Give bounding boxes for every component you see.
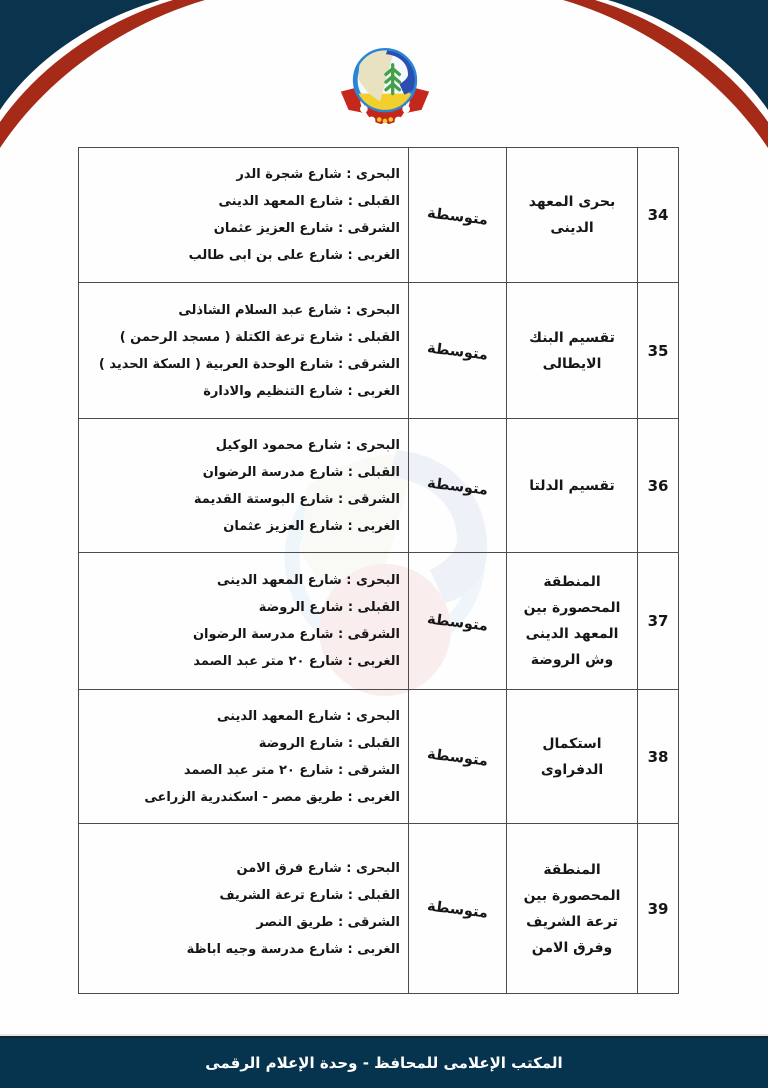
corner-ribbon-right-icon xyxy=(538,0,768,150)
borders-cell: البحرى : شارع المعهد الدينى القبلى : شار… xyxy=(79,690,409,824)
table-row: 36 تقسيم الدلتا متوسطة البحرى : شارع محم… xyxy=(79,419,679,553)
area-name: تقسيم الدلتا xyxy=(507,419,638,553)
borders-cell: البحرى : شارع محمود الوكيل القبلى : شارع… xyxy=(79,419,409,553)
border-west: الغربى : شارع التنظيم والادارة xyxy=(83,378,400,405)
status-label: متوسطة xyxy=(426,340,489,363)
borders-cell: البحرى : شارع المعهد الدينى القبلى : شار… xyxy=(79,553,409,690)
status-cell: متوسطة xyxy=(409,553,507,690)
border-south: القبلى : شارع الروضة xyxy=(83,730,400,757)
area-name: المنطقة المحصورة بين ترعة الشريف وفرق ال… xyxy=(507,824,638,994)
row-number: 34 xyxy=(638,148,679,283)
border-east: الشرقى : شارع مدرسة الرضوان xyxy=(83,621,400,648)
status-cell: متوسطة xyxy=(409,824,507,994)
governorate-emblem-icon xyxy=(328,36,442,132)
border-north: البحرى : شارع شجرة الدر xyxy=(83,161,400,188)
status-label: متوسطة xyxy=(426,611,489,634)
area-name: استكمال الدفراوى xyxy=(507,690,638,824)
border-west: الغربى : شارع ٢٠ متر عبد الصمد xyxy=(83,648,400,675)
border-south: القبلى : شارع ترعة الكتلة ( مسجد الرحمن … xyxy=(83,324,400,351)
border-west: الغربى : طريق مصر - اسكندرية الزراعى xyxy=(83,784,400,811)
border-east: الشرقى : شارع الوحدة العربية ( السكة الح… xyxy=(83,351,400,378)
row-number: 38 xyxy=(638,690,679,824)
table-row: 37 المنطقة المحصورة بين المعهد الدينى وش… xyxy=(79,553,679,690)
border-north: البحرى : شارع محمود الوكيل xyxy=(83,432,400,459)
row-number: 39 xyxy=(638,824,679,994)
border-north: البحرى : شارع المعهد الدينى xyxy=(83,567,400,594)
status-cell: متوسطة xyxy=(409,283,507,419)
area-name: تقسيم البنك الايطالى xyxy=(507,283,638,419)
borders-cell: البحرى : شارع شجرة الدر القبلى : شارع ال… xyxy=(79,148,409,283)
row-number: 35 xyxy=(638,283,679,419)
document-page: 34 بحرى المعهد الدينى متوسطة البحرى : شا… xyxy=(0,0,768,1088)
borders-cell: البحرى : شارع فرق الامن القبلى : شارع تر… xyxy=(79,824,409,994)
table-row: 35 تقسيم البنك الايطالى متوسطة البحرى : … xyxy=(79,283,679,419)
border-west: الغربى : شارع على بن ابى طالب xyxy=(83,242,400,269)
corner-ribbon-left-icon xyxy=(0,0,230,150)
area-name: المنطقة المحصورة بين المعهد الدينى وش ال… xyxy=(507,553,638,690)
status-label: متوسطة xyxy=(426,205,489,228)
border-east: الشرقى : شارع ٢٠ متر عبد الصمد xyxy=(83,757,400,784)
borders-cell: البحرى : شارع عبد السلام الشاذلى القبلى … xyxy=(79,283,409,419)
border-south: القبلى : شارع الروضة xyxy=(83,594,400,621)
border-east: الشرقى : شارع البوستة القديمة xyxy=(83,486,400,513)
status-label: متوسطة xyxy=(426,898,489,921)
border-north: البحرى : شارع المعهد الدينى xyxy=(83,703,400,730)
row-number: 36 xyxy=(638,419,679,553)
border-south: القبلى : شارع ترعة الشريف xyxy=(83,882,400,909)
status-cell: متوسطة xyxy=(409,690,507,824)
border-west: الغربى : شارع مدرسة وجيه اباظة xyxy=(83,936,400,963)
border-south: القبلى : شارع مدرسة الرضوان xyxy=(83,459,400,486)
border-south: القبلى : شارع المعهد الدينى xyxy=(83,188,400,215)
footer-bar: المكتب الإعلامى للمحافظ - وحدة الإعلام ا… xyxy=(0,1036,768,1088)
status-label: متوسطة xyxy=(426,746,489,769)
border-east: الشرقى : شارع العزيز عثمان xyxy=(83,215,400,242)
border-north: البحرى : شارع عبد السلام الشاذلى xyxy=(83,297,400,324)
footer-text: المكتب الإعلامى للمحافظ - وحدة الإعلام ا… xyxy=(205,1054,562,1072)
status-label: متوسطة xyxy=(426,475,489,498)
row-number: 37 xyxy=(638,553,679,690)
border-west: الغربى : شارع العزيز عثمان xyxy=(83,513,400,540)
table-row: 39 المنطقة المحصورة بين ترعة الشريف وفرق… xyxy=(79,824,679,994)
status-cell: متوسطة xyxy=(409,148,507,283)
table-row: 34 بحرى المعهد الدينى متوسطة البحرى : شا… xyxy=(79,148,679,283)
border-north: البحرى : شارع فرق الامن xyxy=(83,855,400,882)
status-cell: متوسطة xyxy=(409,419,507,553)
zones-table: 34 بحرى المعهد الدينى متوسطة البحرى : شا… xyxy=(78,147,679,994)
area-name: بحرى المعهد الدينى xyxy=(507,148,638,283)
table-row: 38 استكمال الدفراوى متوسطة البحرى : شارع… xyxy=(79,690,679,824)
border-east: الشرقى : طريق النصر xyxy=(83,909,400,936)
